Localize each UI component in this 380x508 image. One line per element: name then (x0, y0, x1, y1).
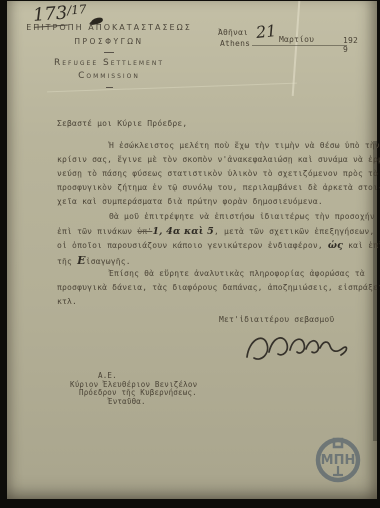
stamp-monogram: ΜΠΗ (321, 453, 356, 468)
org-name-greek-line2: ΠΡΟΣΦΥΓΩΝ (21, 37, 197, 46)
stamp-top-notch (334, 439, 342, 447)
p2-line4-typed-post: ἰσαγωγῆς. (86, 257, 131, 266)
valediction: Μετ'ἰδιαιτέρου σεβασμοῦ (219, 315, 334, 324)
p2-line2: ἐπὶ τῶν πινάκων ὑπ'1, 4α καὶ 5, μετὰ τῶν… (57, 226, 375, 240)
p1-line3: νεύσῃ τὸ πάσης φύσεως στατιστικὸν ὑλικὸν… (57, 169, 375, 183)
p2-line2-handwritten-table-numbers: 1, 4α καὶ 5 (152, 226, 214, 237)
recipient-honorific: Α.Ε. (70, 371, 197, 380)
p2-line3-handwritten-word: ὡς (328, 240, 343, 251)
p1-line1: Ἡ ἐσώκλειστος μελέτη ποὺ ἔχω τὴν τιμὴν ν… (57, 141, 375, 155)
paragraph-2: Θὰ μοῦ ἐπιτρέψητε νὰ ἐπιστήσω ἰδιαιτέρως… (57, 212, 375, 268)
p3-line1: Ἐπίσης θὰ εὕρητε ἀναλυτικὰς πληροφορίας … (57, 269, 375, 283)
p2-line2-typed-pre: ἐπὶ τῶν πινάκων (57, 227, 137, 236)
org-name-greek-line1: ΕΠΙΤΡΟΠΗ ΑΠΟΚΑΤΑΣΤΑΣΕΩΣ (21, 23, 197, 32)
p2-line3-typed-post: καὶ ἐπὶ (343, 241, 380, 250)
p2-line4: τῆς Εἰσαγωγῆς. (57, 254, 375, 268)
recipient-title: Πρόεδρον τῆς Κυβερνήσεως. (70, 388, 197, 397)
letterhead-divider (104, 52, 114, 53)
org-name-english-line2: Commission (21, 71, 197, 81)
p3-line2: προσφυγικὰ δάνεια, τὰς διαφόρους δαπάνας… (57, 283, 375, 297)
p1-line2: κρίσιν σας, ἔγινε μὲ τὸν σκοπὸν ν'ἀνακεφ… (57, 155, 375, 169)
p1-line5: χεῖα καὶ συμπεράσματα διὰ πρώτην φορὰν δ… (57, 197, 375, 211)
dateline-city-english: Athens (220, 39, 250, 48)
p2-line2-typed-post: , μετὰ τῶν σχετικῶν ἐπεξηγήσεων, (214, 227, 375, 236)
p2-line3: οἱ ὁποῖοι παρουσιάζουν κάποιο γενικώτερο… (57, 240, 375, 254)
paragraph-3: Ἐπίσης θὰ εὕρητε ἀναλυτικὰς πληροφορίας … (57, 269, 375, 311)
archive-stamp: ΜΠΗ (313, 435, 363, 485)
org-name-english-line1: Refugee Settlement (21, 58, 197, 68)
dateline-city-greek: Ἀθῆναι (218, 28, 248, 37)
recipient-name: Κύριον Ἐλευθέριον Βενιζέλον (70, 380, 197, 389)
p1-line4: προσφυγικὸν ζήτημα ἐν τῷ συνόλῳ του, περ… (57, 183, 375, 197)
paragraph-1: Ἡ ἐσώκλειστος μελέτη ποὺ ἔχω τὴν τιμὴν ν… (57, 141, 375, 211)
letterhead: ΕΠΙΤΡΟΠΗ ΑΠΟΚΑΤΑΣΤΑΣΕΩΣ ΠΡΟΣΦΥΓΩΝ Refuge… (21, 23, 197, 88)
salutation-text: Σεβαστέ μοι Κύριε Πρόεδρε, (57, 119, 375, 133)
recipient-location: Ἐνταῦθα. (70, 397, 197, 406)
dateline-month: Μαρτίου (279, 35, 314, 44)
salutation: Σεβαστέ μοι Κύριε Πρόεδρε, (57, 119, 375, 133)
p3-line3: κτλ. (57, 297, 375, 311)
p2-line1: Θὰ μοῦ ἐπιτρέψητε νὰ ἐπιστήσω ἰδιαιτέρως… (57, 212, 375, 226)
archive-number-sub: /17 (67, 2, 87, 17)
recipient-address-block: Α.Ε. Κύριον Ἐλευθέριον Βενιζέλον Πρόεδρο… (70, 371, 197, 405)
letterhead-divider-small (106, 87, 113, 88)
signature-scrawl (237, 324, 352, 372)
p2-line2-struck-word: ὑπ' (137, 227, 152, 236)
dateline-year: 192 9 (343, 36, 358, 54)
p2-line4-handwritten-capital: Ε (77, 254, 86, 267)
p2-line4-typed-pre: τῆς (57, 257, 77, 266)
dateline-day-handwritten: 21 (255, 21, 277, 42)
dateline-rule (252, 45, 347, 46)
p2-line3-typed-pre: οἱ ὁποῖοι παρουσιάζουν κάποιο γενικώτερο… (57, 241, 328, 250)
scanned-letter-page: 173/17 ΕΠΙΤΡΟΠΗ ΑΠΟΚΑΤΑΣΤΑΣΕΩΣ ΠΡΟΣΦΥΓΩΝ… (7, 1, 377, 499)
